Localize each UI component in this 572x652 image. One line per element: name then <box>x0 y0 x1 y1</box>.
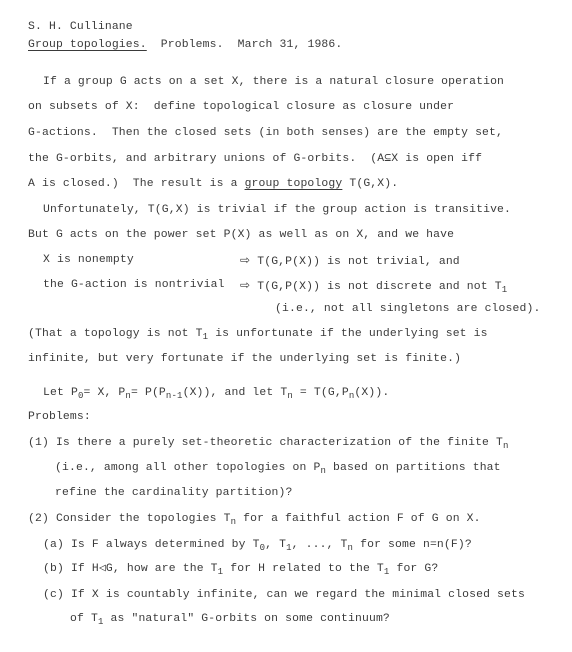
problem-text: as "natural" G-orbits on some continuum? <box>104 613 390 625</box>
problem-1-line-1: (1) Is there a purely set-theoretic char… <box>28 436 509 450</box>
intro-text: T(G,X). <box>342 178 398 190</box>
author-line: S. H. Cullinane <box>28 20 133 34</box>
problem-2a: (a) Is F always determined by T0, T1, ..… <box>43 538 472 552</box>
problem-text: (1) Is there a purely set-theoretic char… <box>28 437 503 449</box>
intro-line-1: If a group G acts on a set X, there is a… <box>43 75 504 89</box>
intro-line-5: A is closed.) The result is a group topo… <box>28 177 398 191</box>
document-subtitle: Problems. <box>161 39 224 51</box>
problem-text: (2) Consider the topologies T <box>28 513 231 525</box>
unfortunately-line-1: Unfortunately, T(G,X) is trivial if the … <box>43 203 511 217</box>
remark-line-1: (That a topology is not T1 is unfortunat… <box>28 327 488 341</box>
implication-1-right: ⇨ T(G,P(X)) is not trivial, and <box>240 253 460 269</box>
implies-arrow-icon: ⇨ <box>240 278 250 292</box>
problem-2c-line-1: (c) If X is countably infinite, can we r… <box>43 588 525 602</box>
implies-arrow-icon: ⇨ <box>240 253 250 267</box>
problem-1-line-2: (i.e., among all other topologies on Pn … <box>55 461 501 475</box>
implication-2-right: ⇨ T(G,P(X)) is not discrete and not T1 <box>240 278 507 294</box>
remark-text: is unfortunate if the underlying set is <box>208 328 487 340</box>
title-line: Group topologies. Problems. March 31, 19… <box>28 38 342 52</box>
problem-2b: (b) If H◁G, how are the T1 for H related… <box>43 562 438 576</box>
remark-text: (That a topology is not T <box>28 328 203 340</box>
subscript: 1 <box>502 285 508 295</box>
document-date: March 31, 1986. <box>238 39 343 51</box>
unfortunately-line-2: But G acts on the power set P(X) as well… <box>28 228 454 242</box>
intro-line-4: the G-orbits, and arbitrary unions of G-… <box>28 152 482 166</box>
problem-text: (i.e., among all other topologies on P <box>55 462 320 474</box>
problems-heading: Problems: <box>28 410 91 424</box>
problem-2c-line-2: of T1 as "natural" G-orbits on some cont… <box>70 612 390 626</box>
group-topology-term: group topology <box>245 178 343 190</box>
document-title: Group topologies. <box>28 39 147 51</box>
implication-2-continuation: (i.e., not all singletons are closed). <box>275 302 540 316</box>
problem-1-line-3: refine the cardinality partition)? <box>55 486 293 500</box>
implication-text: T(G,P(X)) is not trivial, and <box>257 256 460 268</box>
remark-line-2: infinite, but very fortunate if the unde… <box>28 352 461 366</box>
intro-line-3: G-actions. Then the closed sets (in both… <box>28 126 503 140</box>
subscript: n <box>503 441 509 451</box>
implication-2-left: the G-action is nontrivial <box>43 278 225 292</box>
problem-text: based on partitions that <box>326 462 501 474</box>
implication-1-left: X is nonempty <box>43 253 134 267</box>
intro-text: A is closed.) The result is a <box>28 178 245 190</box>
problem-text: for a faithful action F of G on X. <box>236 513 481 525</box>
implication-text: T(G,P(X)) is not discrete and not T <box>257 281 502 293</box>
document-page: S. H. Cullinane Group topologies. Proble… <box>0 0 572 652</box>
problem-text: of T <box>70 613 98 625</box>
problem-2-line-1: (2) Consider the topologies Tn for a fai… <box>28 512 481 526</box>
intro-line-2: on subsets of X: define topological clos… <box>28 100 454 114</box>
definition-line: Let P0= X, Pn= P(Pn-1(X)), and let Tn = … <box>43 386 389 400</box>
